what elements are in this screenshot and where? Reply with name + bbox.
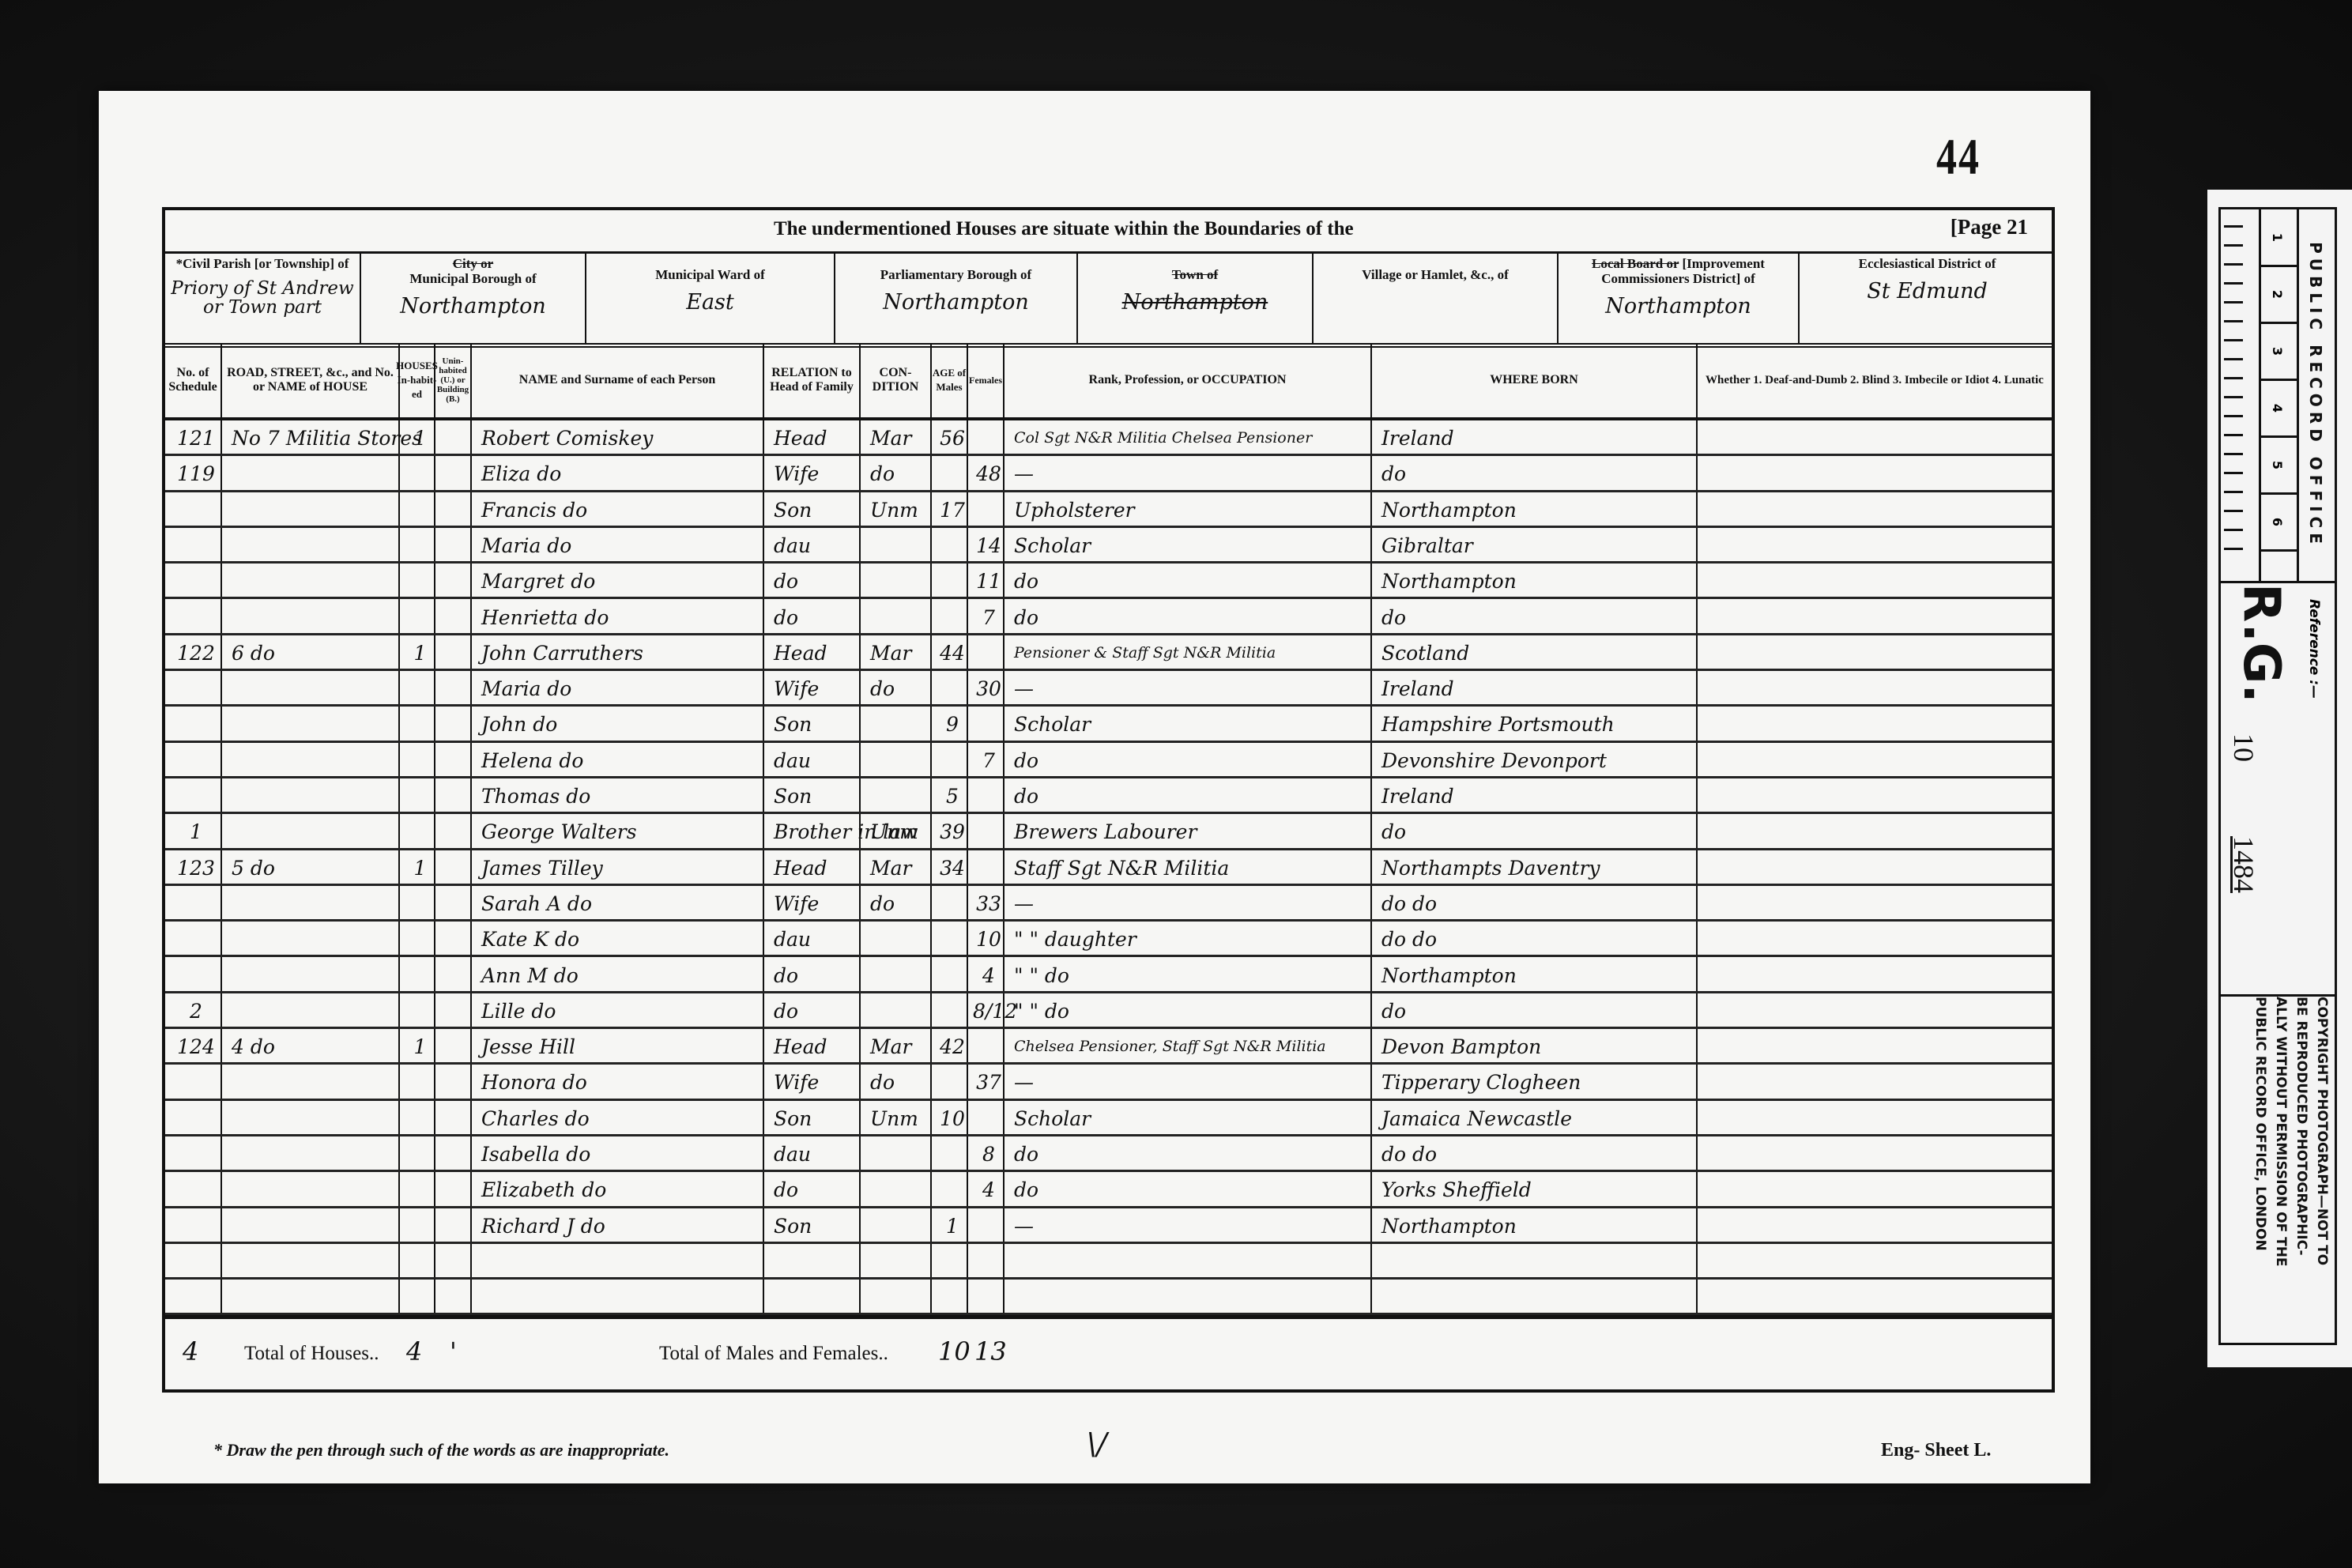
cell-age-m: [932, 600, 968, 635]
cell-condition: Mar: [861, 1029, 932, 1065]
cell-occupation: Upholsterer: [1004, 492, 1372, 528]
cell-infirmity: [1698, 1065, 2055, 1100]
cell-age-f: 4: [968, 958, 1004, 993]
area-value: Northampton: [1559, 294, 1798, 318]
cell-road: 4 do: [222, 1029, 400, 1065]
cell-road: [222, 671, 400, 707]
cell-road: [222, 1172, 400, 1208]
cell-condition: [861, 922, 932, 957]
cell-age-m: [932, 563, 968, 599]
cell-occupation: Chelsea Pensioner, Staff Sgt N&R Militia: [1004, 1029, 1372, 1065]
cell-inhabited: [400, 456, 435, 492]
cell-infirmity: [1698, 528, 2055, 563]
ruler-tick: [2224, 225, 2243, 228]
cell-road: [222, 456, 400, 492]
cell-age-m: 17: [932, 492, 968, 528]
cell-age-f: [968, 1208, 1004, 1244]
cell-born: do do: [1372, 1136, 1698, 1172]
cell-inhabited: [400, 1101, 435, 1136]
cell-name: Lille do: [472, 993, 764, 1029]
cell-occupation: [1004, 1280, 1372, 1315]
cell-born: Northampton: [1372, 563, 1698, 599]
cell-age-f: 8: [968, 1136, 1004, 1172]
reference-item: 1484: [2227, 836, 2260, 893]
cell-relation: dau: [764, 528, 861, 563]
cell-name: Ann M do: [472, 958, 764, 993]
cell-infirmity: [1698, 1244, 2055, 1280]
ruler-tick: [2224, 358, 2243, 360]
ruler-tick: [2224, 415, 2243, 417]
ruler-tick: [2224, 434, 2243, 436]
cell-age-f: [968, 420, 1004, 456]
cell-occupation: Scholar: [1004, 1101, 1372, 1136]
area-municipal-borough: City orMunicipal Borough of Northampton: [361, 251, 586, 343]
cell-condition: [861, 1208, 932, 1244]
table-row: Francis doSonUnm17UpholstererNorthampton: [165, 492, 2052, 528]
cell-road: [222, 743, 400, 778]
cell-born: do do: [1372, 886, 1698, 922]
cell-age-f: [968, 814, 1004, 850]
cell-infirmity: [1698, 600, 2055, 635]
cell-schedule: 119: [165, 456, 222, 492]
cell-inhabited: [400, 886, 435, 922]
table-row: 1244 do1Jesse HillHeadMar42Chelsea Pensi…: [165, 1029, 2052, 1065]
cell-name: Richard J do: [472, 1208, 764, 1244]
cell-inhabited: [400, 492, 435, 528]
table-row: John doSon9ScholarHampshire Portsmouth: [165, 707, 2052, 742]
cell-uninhabited: [435, 778, 472, 814]
cell-relation: [764, 1244, 861, 1280]
area-value: East: [586, 290, 834, 315]
cell-age-f: 7: [968, 743, 1004, 778]
cell-relation: [764, 1280, 861, 1315]
cell-inhabited: [400, 1136, 435, 1172]
cell-age-f: [968, 778, 1004, 814]
cell-age-m: [932, 958, 968, 993]
footnote: * Draw the pen through such of the words…: [213, 1440, 669, 1461]
cell-occupation: " " do: [1004, 993, 1372, 1029]
cell-born: [1372, 1244, 1698, 1280]
cell-infirmity: [1698, 563, 2055, 599]
area-value: Northampton: [1078, 290, 1312, 315]
cell-age-m: 9: [932, 707, 968, 742]
cell-schedule: [165, 778, 222, 814]
cell-age-m: 34: [932, 850, 968, 886]
cell-inhabited: 1: [400, 1029, 435, 1065]
cell-uninhabited: [435, 1172, 472, 1208]
cell-name: Maria do: [472, 671, 764, 707]
cell-relation: Head: [764, 850, 861, 886]
cell-condition: Unm: [861, 814, 932, 850]
cell-relation: Head: [764, 635, 861, 671]
cell-age-m: 10: [932, 1101, 968, 1136]
cell-occupation: —: [1004, 1208, 1372, 1244]
cell-schedule: [165, 1136, 222, 1172]
cell-inhabited: [400, 1065, 435, 1100]
cell-schedule: [165, 1065, 222, 1100]
cell-age-f: [968, 1101, 1004, 1136]
cell-born: Devon Bampton: [1372, 1029, 1698, 1065]
cell-name: Margret do: [472, 563, 764, 599]
cell-inhabited: [400, 1244, 435, 1280]
cell-uninhabited: [435, 671, 472, 707]
cell-born: Jamaica Newcastle: [1372, 1101, 1698, 1136]
cell-uninhabited: [435, 1065, 472, 1100]
cell-uninhabited: [435, 814, 472, 850]
cell-uninhabited: [435, 1101, 472, 1136]
scale-box: 1: [2259, 209, 2297, 267]
cell-age-f: 30: [968, 671, 1004, 707]
cell-occupation: do: [1004, 563, 1372, 599]
cell-occupation: —: [1004, 886, 1372, 922]
form-title-row: The undermentioned Houses are situate wi…: [165, 210, 2052, 254]
cell-condition: [861, 600, 932, 635]
cell-road: [222, 563, 400, 599]
cell-name: Sarah A do: [472, 886, 764, 922]
cell-schedule: 121: [165, 420, 222, 456]
cell-occupation: Col Sgt N&R Militia Chelsea Pensioner: [1004, 420, 1372, 456]
cell-name: Jesse Hill: [472, 1029, 764, 1065]
cell-born: Gibraltar: [1372, 528, 1698, 563]
cell-inhabited: 1: [400, 420, 435, 456]
cell-age-m: 56: [932, 420, 968, 456]
cell-uninhabited: [435, 958, 472, 993]
cell-inhabited: [400, 922, 435, 957]
cell-relation: Wife: [764, 1065, 861, 1100]
table-row: Margret dodo11doNorthampton: [165, 563, 2052, 599]
checkmark-icon: \/: [1087, 1427, 1107, 1461]
cell-inhabited: [400, 671, 435, 707]
cell-inhabited: [400, 958, 435, 993]
cell-relation: Head: [764, 1029, 861, 1065]
cell-name: [472, 1280, 764, 1315]
ruler-tick: [2224, 472, 2243, 474]
table-row: [165, 1244, 2052, 1280]
area-value: Priory of St Andrew or Town part: [165, 279, 360, 317]
cell-age-m: [932, 1280, 968, 1315]
table-row: Thomas doSon5doIreland: [165, 778, 2052, 814]
cell-schedule: [165, 600, 222, 635]
cell-schedule: 122: [165, 635, 222, 671]
sheet-label: Eng- Sheet L.: [1881, 1440, 1991, 1461]
cell-born: Northampton: [1372, 1208, 1698, 1244]
cell-uninhabited: [435, 1208, 472, 1244]
cell-condition: do: [861, 671, 932, 707]
cell-road: No 7 Militia Stores: [222, 420, 400, 456]
total-females: 13: [974, 1336, 1007, 1366]
cell-occupation: Brewers Labourer: [1004, 814, 1372, 850]
cell-uninhabited: [435, 850, 472, 886]
cell-age-f: 37: [968, 1065, 1004, 1100]
cell-born: Yorks Sheffield: [1372, 1172, 1698, 1208]
form-title: The undermentioned Houses are situate wi…: [774, 218, 1354, 240]
cell-relation: Son: [764, 492, 861, 528]
cell-age-m: [932, 1172, 968, 1208]
cell-uninhabited: [435, 993, 472, 1029]
cell-schedule: [165, 958, 222, 993]
cell-condition: [861, 743, 932, 778]
cell-age-f: 33: [968, 886, 1004, 922]
cell-born: Tipperary Clogheen: [1372, 1065, 1698, 1100]
table-row: Maria doWifedo30—Ireland: [165, 671, 2052, 707]
cell-born: do: [1372, 456, 1698, 492]
scale-box: 2: [2259, 266, 2297, 324]
cell-occupation: do: [1004, 1172, 1372, 1208]
cell-road: [222, 1065, 400, 1100]
cell-schedule: 2: [165, 993, 222, 1029]
cell-inhabited: [400, 778, 435, 814]
cell-schedule: 124: [165, 1029, 222, 1065]
cell-age-f: [968, 492, 1004, 528]
cell-relation: Brother in law: [764, 814, 861, 850]
reference-strip: 123456 PUBLIC RECORD OFFICE Reference :—…: [2207, 190, 2352, 1367]
cell-age-f: [968, 707, 1004, 742]
scale-box: 6: [2259, 494, 2297, 552]
cell-born: Ireland: [1372, 778, 1698, 814]
cell-age-f: [968, 850, 1004, 886]
cell-schedule: [165, 671, 222, 707]
cell-age-f: 14: [968, 528, 1004, 563]
cell-name: Isabella do: [472, 1136, 764, 1172]
table-row: Maria dodau14ScholarGibraltar: [165, 528, 2052, 563]
cell-relation: Head: [764, 420, 861, 456]
cell-road: [222, 814, 400, 850]
cell-road: [222, 707, 400, 742]
cell-inhabited: [400, 993, 435, 1029]
cell-road: [222, 886, 400, 922]
table-row: 1226 do1John CarruthersHeadMar44Pensione…: [165, 635, 2052, 671]
cell-infirmity: [1698, 1208, 2055, 1244]
cell-age-m: [932, 456, 968, 492]
cell-age-f: [968, 635, 1004, 671]
cell-age-m: [932, 886, 968, 922]
cell-condition: Mar: [861, 420, 932, 456]
cell-age-m: [932, 922, 968, 957]
cell-condition: [861, 1172, 932, 1208]
cell-name: Robert Comiskey: [472, 420, 764, 456]
cell-age-m: [932, 1136, 968, 1172]
area-town: Town of Northampton: [1078, 251, 1314, 343]
total-houses-value: 4: [406, 1336, 422, 1366]
total-persons-label: Total of Males and Females..: [659, 1343, 888, 1365]
cell-uninhabited: [435, 456, 472, 492]
total-males: 10: [938, 1336, 971, 1366]
cell-inhabited: [400, 528, 435, 563]
cell-occupation: " " daughter: [1004, 922, 1372, 957]
cell-infirmity: [1698, 707, 2055, 742]
cell-road: 5 do: [222, 850, 400, 886]
cell-relation: do: [764, 958, 861, 993]
cell-schedule: [165, 886, 222, 922]
cell-condition: [861, 563, 932, 599]
cell-uninhabited: [435, 600, 472, 635]
cell-age-f: [968, 1280, 1004, 1315]
cell-born: Ireland: [1372, 671, 1698, 707]
cell-relation: do: [764, 993, 861, 1029]
cell-condition: Mar: [861, 635, 932, 671]
cell-name: George Walters: [472, 814, 764, 850]
area-value: St Edmund: [1800, 279, 2055, 303]
cell-schedule: [165, 563, 222, 599]
cell-occupation: —: [1004, 671, 1372, 707]
cell-occupation: do: [1004, 600, 1372, 635]
table-row: 1George WaltersBrother in lawUnm39Brewer…: [165, 814, 2052, 850]
cell-born: do: [1372, 814, 1698, 850]
cell-relation: do: [764, 1172, 861, 1208]
cell-relation: dau: [764, 1136, 861, 1172]
table-row: Sarah A doWifedo33—do do: [165, 886, 2052, 922]
area-improvement-district: Local Board or [Improvement Commissioner…: [1559, 251, 1800, 343]
cell-age-m: 42: [932, 1029, 968, 1065]
cell-age-m: [932, 1065, 968, 1100]
cell-road: [222, 993, 400, 1029]
page-label: [Page 21: [1951, 215, 2028, 239]
cell-uninhabited: [435, 922, 472, 957]
cell-age-f: [968, 1244, 1004, 1280]
table-row: Richard J doSon1—Northampton: [165, 1208, 2052, 1244]
table-row: Ann M dodo4" " doNorthampton: [165, 958, 2052, 993]
cell-age-f: [968, 1029, 1004, 1065]
ruler-tick: [2224, 339, 2243, 341]
cell-name: Maria do: [472, 528, 764, 563]
scale-boxes: 123456: [2259, 209, 2299, 581]
cell-relation: Wife: [764, 671, 861, 707]
cell-infirmity: [1698, 814, 2055, 850]
cell-uninhabited: [435, 420, 472, 456]
cell-uninhabited: [435, 1280, 472, 1315]
table-row: Helena dodau7doDevonshire Devonport: [165, 743, 2052, 778]
cell-condition: do: [861, 456, 932, 492]
copyright-notice: COPYRIGHT PHOTOGRAPH—NOT TO BE REPRODUCE…: [2221, 992, 2335, 1347]
cell-age-m: 5: [932, 778, 968, 814]
cell-road: [222, 1101, 400, 1136]
area-civil-parish: *Civil Parish [or Township] of Priory of…: [165, 251, 361, 343]
cell-born: do do: [1372, 922, 1698, 957]
ruler-tick: [2224, 320, 2243, 322]
cell-age-m: [932, 993, 968, 1029]
cell-occupation: do: [1004, 743, 1372, 778]
area-village: Village or Hamlet, &c., of: [1314, 251, 1559, 343]
cell-inhabited: [400, 1208, 435, 1244]
cell-road: [222, 922, 400, 957]
area-ecclesiastical-district: Ecclesiastical District of St Edmund: [1800, 251, 2055, 343]
cell-schedule: [165, 1172, 222, 1208]
cell-name: Eliza do: [472, 456, 764, 492]
cell-born: Northampton: [1372, 492, 1698, 528]
reference-label: Reference :—: [2306, 599, 2322, 699]
cell-road: [222, 600, 400, 635]
table-row: Henrietta dodo7dodo: [165, 600, 2052, 635]
ruler-tick: [2224, 301, 2243, 303]
reference-series: R.G.: [2232, 583, 2290, 703]
table-row: Elizabeth dodo4doYorks Sheffield: [165, 1172, 2052, 1208]
cell-road: [222, 528, 400, 563]
cell-condition: Mar: [861, 850, 932, 886]
cell-born: Hampshire Portsmouth: [1372, 707, 1698, 742]
census-table: No. of Schedule ROAD, STREET, &c., and N…: [165, 343, 2052, 1315]
cell-schedule: [165, 922, 222, 957]
cell-infirmity: [1698, 420, 2055, 456]
cell-schedule: [165, 1101, 222, 1136]
ruler-tick: [2224, 244, 2243, 247]
cell-occupation: —: [1004, 456, 1372, 492]
cell-inhabited: [400, 563, 435, 599]
cell-infirmity: [1698, 922, 2055, 957]
cell-road: [222, 1244, 400, 1280]
table-row: Charles doSonUnm10ScholarJamaica Newcast…: [165, 1101, 2052, 1136]
cell-road: [222, 1280, 400, 1315]
cell-name: Thomas do: [472, 778, 764, 814]
cell-age-m: 1: [932, 1208, 968, 1244]
cell-inhabited: [400, 1280, 435, 1315]
cell-name: Francis do: [472, 492, 764, 528]
cell-relation: do: [764, 563, 861, 599]
cell-relation: Wife: [764, 886, 861, 922]
cell-uninhabited: [435, 707, 472, 742]
cell-uninhabited: [435, 492, 472, 528]
scale-ruler: [2221, 209, 2261, 581]
cell-name: Charles do: [472, 1101, 764, 1136]
cell-inhabited: [400, 600, 435, 635]
cell-uninhabited: [435, 1029, 472, 1065]
ruler-tick: [2224, 529, 2243, 531]
cell-condition: [861, 707, 932, 742]
cell-relation: Son: [764, 778, 861, 814]
cell-infirmity: [1698, 635, 2055, 671]
scale-box: 5: [2259, 437, 2297, 495]
cell-uninhabited: [435, 743, 472, 778]
cell-age-f: 11: [968, 563, 1004, 599]
cell-infirmity: [1698, 1101, 2055, 1136]
table-row: [165, 1280, 2052, 1315]
cell-occupation: do: [1004, 1136, 1372, 1172]
cell-schedule: [165, 528, 222, 563]
cell-schedule: 1: [165, 814, 222, 850]
office-title: PUBLIC RECORD OFFICE: [2297, 209, 2335, 581]
cell-occupation: Staff Sgt N&R Militia: [1004, 850, 1372, 886]
cell-road: [222, 778, 400, 814]
cell-inhabited: [400, 814, 435, 850]
table-row: Isabella dodau8dodo do: [165, 1136, 2052, 1172]
cell-infirmity: [1698, 958, 2055, 993]
cell-infirmity: [1698, 492, 2055, 528]
reference-box: Reference :— R.G. 10 1484: [2221, 581, 2335, 997]
cell-uninhabited: [435, 563, 472, 599]
table-row: 2Lille dodo8/12" " dodo: [165, 993, 2052, 1029]
cell-relation: dau: [764, 743, 861, 778]
ruler-tick: [2224, 548, 2243, 550]
area-header-row: *Civil Parish [or Township] of Priory of…: [165, 251, 2052, 348]
cell-age-m: [932, 1244, 968, 1280]
cell-schedule: [165, 1244, 222, 1280]
cell-condition: [861, 1244, 932, 1280]
cell-schedule: [165, 492, 222, 528]
cell-condition: [861, 993, 932, 1029]
ruler-tick: [2224, 491, 2243, 493]
cell-inhabited: [400, 707, 435, 742]
cell-inhabited: [400, 1172, 435, 1208]
cell-born: Ireland: [1372, 420, 1698, 456]
cell-age-f: 7: [968, 600, 1004, 635]
cell-occupation: do: [1004, 778, 1372, 814]
cell-inhabited: 1: [400, 850, 435, 886]
cell-infirmity: [1698, 1172, 2055, 1208]
cell-occupation: Scholar: [1004, 707, 1372, 742]
cell-name: [472, 1244, 764, 1280]
cell-infirmity: [1698, 1280, 2055, 1315]
cell-occupation: —: [1004, 1065, 1372, 1100]
cell-occupation: [1004, 1244, 1372, 1280]
